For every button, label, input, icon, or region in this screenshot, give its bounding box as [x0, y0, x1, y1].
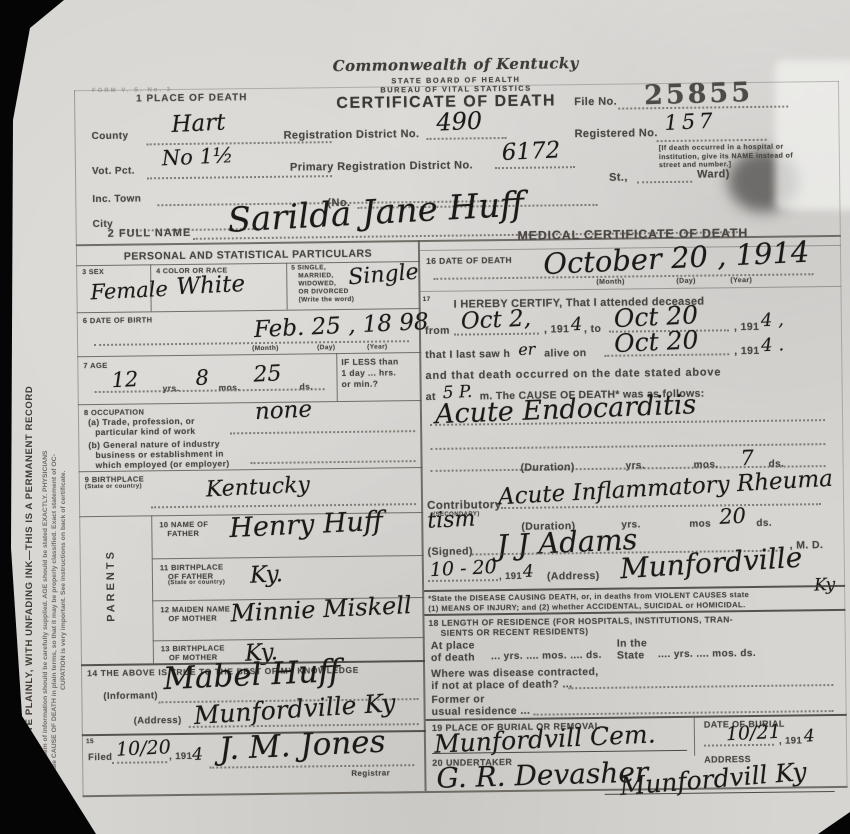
to-year-hw: 4 , [760, 309, 784, 331]
from-year-print: , 191 [544, 323, 570, 335]
address-label: (Address) [547, 570, 600, 583]
saw-year-hw: 4 . [761, 334, 785, 356]
rule-line [152, 555, 424, 559]
informant-label: (Informant) [103, 690, 158, 702]
occupation-value: none [254, 396, 312, 425]
dotted-line [604, 353, 729, 357]
contributory-duration-days-value: 20 [719, 504, 747, 529]
age-months-value: 8 [195, 365, 209, 390]
occupation-b-line3: which employed (or employer) [96, 458, 230, 470]
sex-value: Female [90, 277, 168, 305]
primary-registration-value: 6172 [501, 137, 561, 166]
mother-name-label: 12 MAIDEN NAME [160, 604, 230, 614]
burial-year-hw: 4 [803, 726, 815, 746]
filed-item-number: 15 [86, 738, 94, 745]
from-year-hw: 4 [570, 314, 582, 336]
former-line1: Former or [431, 693, 484, 706]
dotted-line [427, 137, 507, 140]
margin-binding-note: MARGIN RESERVED FOR BINDING [4, 425, 11, 560]
primary-registration-label: Primary Registration District No. [290, 159, 473, 173]
age-label: 7 AGE [83, 361, 107, 370]
to-label: , to [584, 323, 602, 335]
burial-cell-divider [694, 716, 695, 756]
signed-year-hw: 4 [522, 562, 534, 582]
dotted-line [495, 166, 575, 169]
last-saw-pre-text: that I last saw h [425, 348, 510, 361]
duration-mos-label: mos. [694, 459, 719, 470]
registered-no-value: 157 [664, 109, 717, 135]
dod-year-caption: (Year) [730, 277, 752, 284]
dotted-line [430, 443, 825, 450]
county-label: County [91, 131, 128, 142]
contracted-line2: if not at place of death? ... [431, 678, 572, 692]
occurred-text: and that death occurred on the date stat… [425, 366, 721, 382]
marital-label-line5: (Write the word) [299, 296, 355, 304]
mother-name-value: Minnie Miskell [230, 591, 412, 628]
residence-units1: ... yrs. .... mos. .... ds. [491, 650, 602, 662]
date-of-birth-value: Feb. 25 , 18 98 [253, 309, 429, 343]
dotted-line [454, 333, 539, 336]
mother-name-label2: OF MOTHER [168, 614, 217, 624]
sex-label: 3 SEX [82, 269, 104, 276]
informant-value: Mabel Huff [162, 653, 341, 697]
dotted-line [657, 139, 767, 142]
dotted-line [704, 744, 774, 747]
dod-day-caption: (Day) [676, 278, 696, 285]
last-saw-hw: er [518, 339, 536, 359]
age-years-value: 12 [111, 367, 139, 392]
filed-date-value: 10/20 [116, 736, 172, 761]
duration-yrs-label: yrs. [626, 460, 646, 471]
outer-border-right [838, 81, 848, 787]
date-of-birth-label: 6 DATE OF BIRTH [83, 315, 153, 325]
certificate-paper: MARGIN RESERVED FOR BINDING WRITE PLAINL… [0, 0, 850, 834]
ward-label: Ward) [697, 168, 730, 180]
place-of-death-label: 1 PLACE OF DEATH [136, 92, 248, 104]
certificate-content: FORM V. S. No. 3 Commonwealth of Kentuck… [0, 0, 850, 834]
in-the-line1: In the [617, 637, 648, 649]
dotted-line [230, 430, 415, 434]
cell-divider [336, 353, 338, 401]
duration2-ds-label: ds. [756, 518, 772, 529]
if-less-line3: or min.? [342, 379, 379, 389]
registrar-signature: J. M. Jones [218, 724, 386, 768]
contracted-line1: Where was disease contracted, [431, 666, 599, 680]
outer-border-left [74, 90, 84, 796]
commonwealth-title: Commonwealth of Kentucky [326, 54, 586, 75]
contributory-cause-line2: tism [427, 507, 476, 534]
marital-label-line4: OR DIVORCED [298, 288, 348, 296]
father-birthplace-sub: (State or country) [168, 579, 225, 586]
color-race-value: White [176, 271, 246, 300]
at-place-line1: At place [431, 639, 475, 652]
at-place-line2: of death [431, 651, 475, 664]
marital-label-line3: WIDOWED, [298, 280, 336, 287]
dotted-line [251, 460, 416, 464]
father-name-value: Henry Huff [229, 506, 384, 544]
day-caption: (Day) [317, 344, 335, 351]
birthplace-sub-label: (State or country) [85, 483, 142, 490]
signed-label: (Signed) [428, 545, 473, 558]
county-value: Hart [171, 109, 226, 138]
dotted-line [147, 175, 332, 179]
parents-label: PARENTS [105, 549, 118, 622]
vot-pct-value: No 1½ [161, 143, 233, 170]
marital-label-line1: 5 SINGLE, [291, 264, 326, 271]
from-label: from [425, 325, 450, 337]
physician-address-value: Munfordville [619, 541, 803, 586]
duration-label: (Duration) [521, 461, 575, 474]
saw-year-print: , 191 [734, 345, 760, 357]
signed-year-print: , 191 [499, 571, 522, 582]
in-the-line2: State [617, 649, 645, 661]
residence-title-line2: SIENTS OR RECENT RESIDENTS) [441, 626, 589, 638]
st-label: St., [609, 172, 628, 184]
father-name-label: 10 NAME OF [159, 520, 208, 530]
dotted-line [637, 181, 692, 184]
father-name-label2: FATHER [167, 529, 199, 538]
rule-line [78, 400, 422, 405]
marital-value: Single [347, 260, 419, 291]
birthplace-value: Kentucky [205, 473, 310, 503]
dotted-line [428, 579, 498, 582]
registrar-label: Registrar [351, 768, 390, 777]
filed-year-print: , 191 [169, 751, 192, 762]
vot-pct-label: Vot. Pct. [92, 166, 135, 178]
inc-town-label: Inc. Town [92, 193, 141, 205]
registration-district-label: Registration District No. [283, 128, 419, 142]
cause-duration-days-value: 7 [740, 446, 754, 471]
year-caption: (Year) [367, 343, 388, 350]
filed-year-hw: 4 [192, 745, 204, 765]
last-saw-post-text: alive on [544, 347, 586, 360]
physician-signature: J J Adams [496, 522, 638, 563]
burial-year-print: , 191 [779, 735, 802, 746]
signed-date-value: 10 - 20 [429, 556, 497, 581]
file-no-label: File No. [574, 96, 617, 109]
month-caption: (Month) [252, 345, 279, 352]
informant-address-label: (Address) [134, 715, 182, 727]
from-date-value: Oct 2, [460, 305, 531, 334]
scanned-death-certificate: MARGIN RESERVED FOR BINDING WRITE PLAINL… [0, 0, 850, 834]
duration2-mos-label: mos [689, 519, 711, 530]
dotted-line [568, 684, 833, 689]
burial-date-value: 10/21 [725, 721, 781, 746]
filed-label: Filed [88, 752, 112, 763]
date-of-death-label: 16 DATE OF DEATH [426, 255, 512, 266]
occupation-a-line2: particular kind of work [95, 426, 195, 437]
dod-month-caption: (Month) [596, 279, 625, 286]
rule-line [420, 286, 841, 292]
residence-units2: .... yrs. .... mos. ds. [658, 648, 756, 660]
father-birthplace-value: Ky. [249, 561, 283, 589]
to-year-print: , 191 [734, 321, 760, 333]
age-days-value: 25 [253, 361, 282, 387]
if-less-line1: IF LESS than [341, 356, 398, 367]
undertaker-value: G. R. Devasher [436, 755, 649, 794]
marital-label-line2: MARRIED, [298, 272, 333, 279]
hospital-note: [If death occurred in a hospital or inst… [659, 143, 799, 170]
former-line2: usual residence ... [432, 705, 531, 718]
registration-district-value: 490 [436, 106, 483, 136]
dotted-line [112, 761, 167, 764]
cell-divider [286, 263, 288, 310]
registered-no-label: Registered No. [574, 127, 657, 140]
rule-line [153, 637, 425, 641]
dotted-line [147, 141, 332, 145]
if-less-line2: 1 day ... hrs. [341, 367, 396, 378]
full-name-label: 2 FULL NAME [108, 227, 192, 240]
item17-number: 17 [423, 296, 431, 303]
